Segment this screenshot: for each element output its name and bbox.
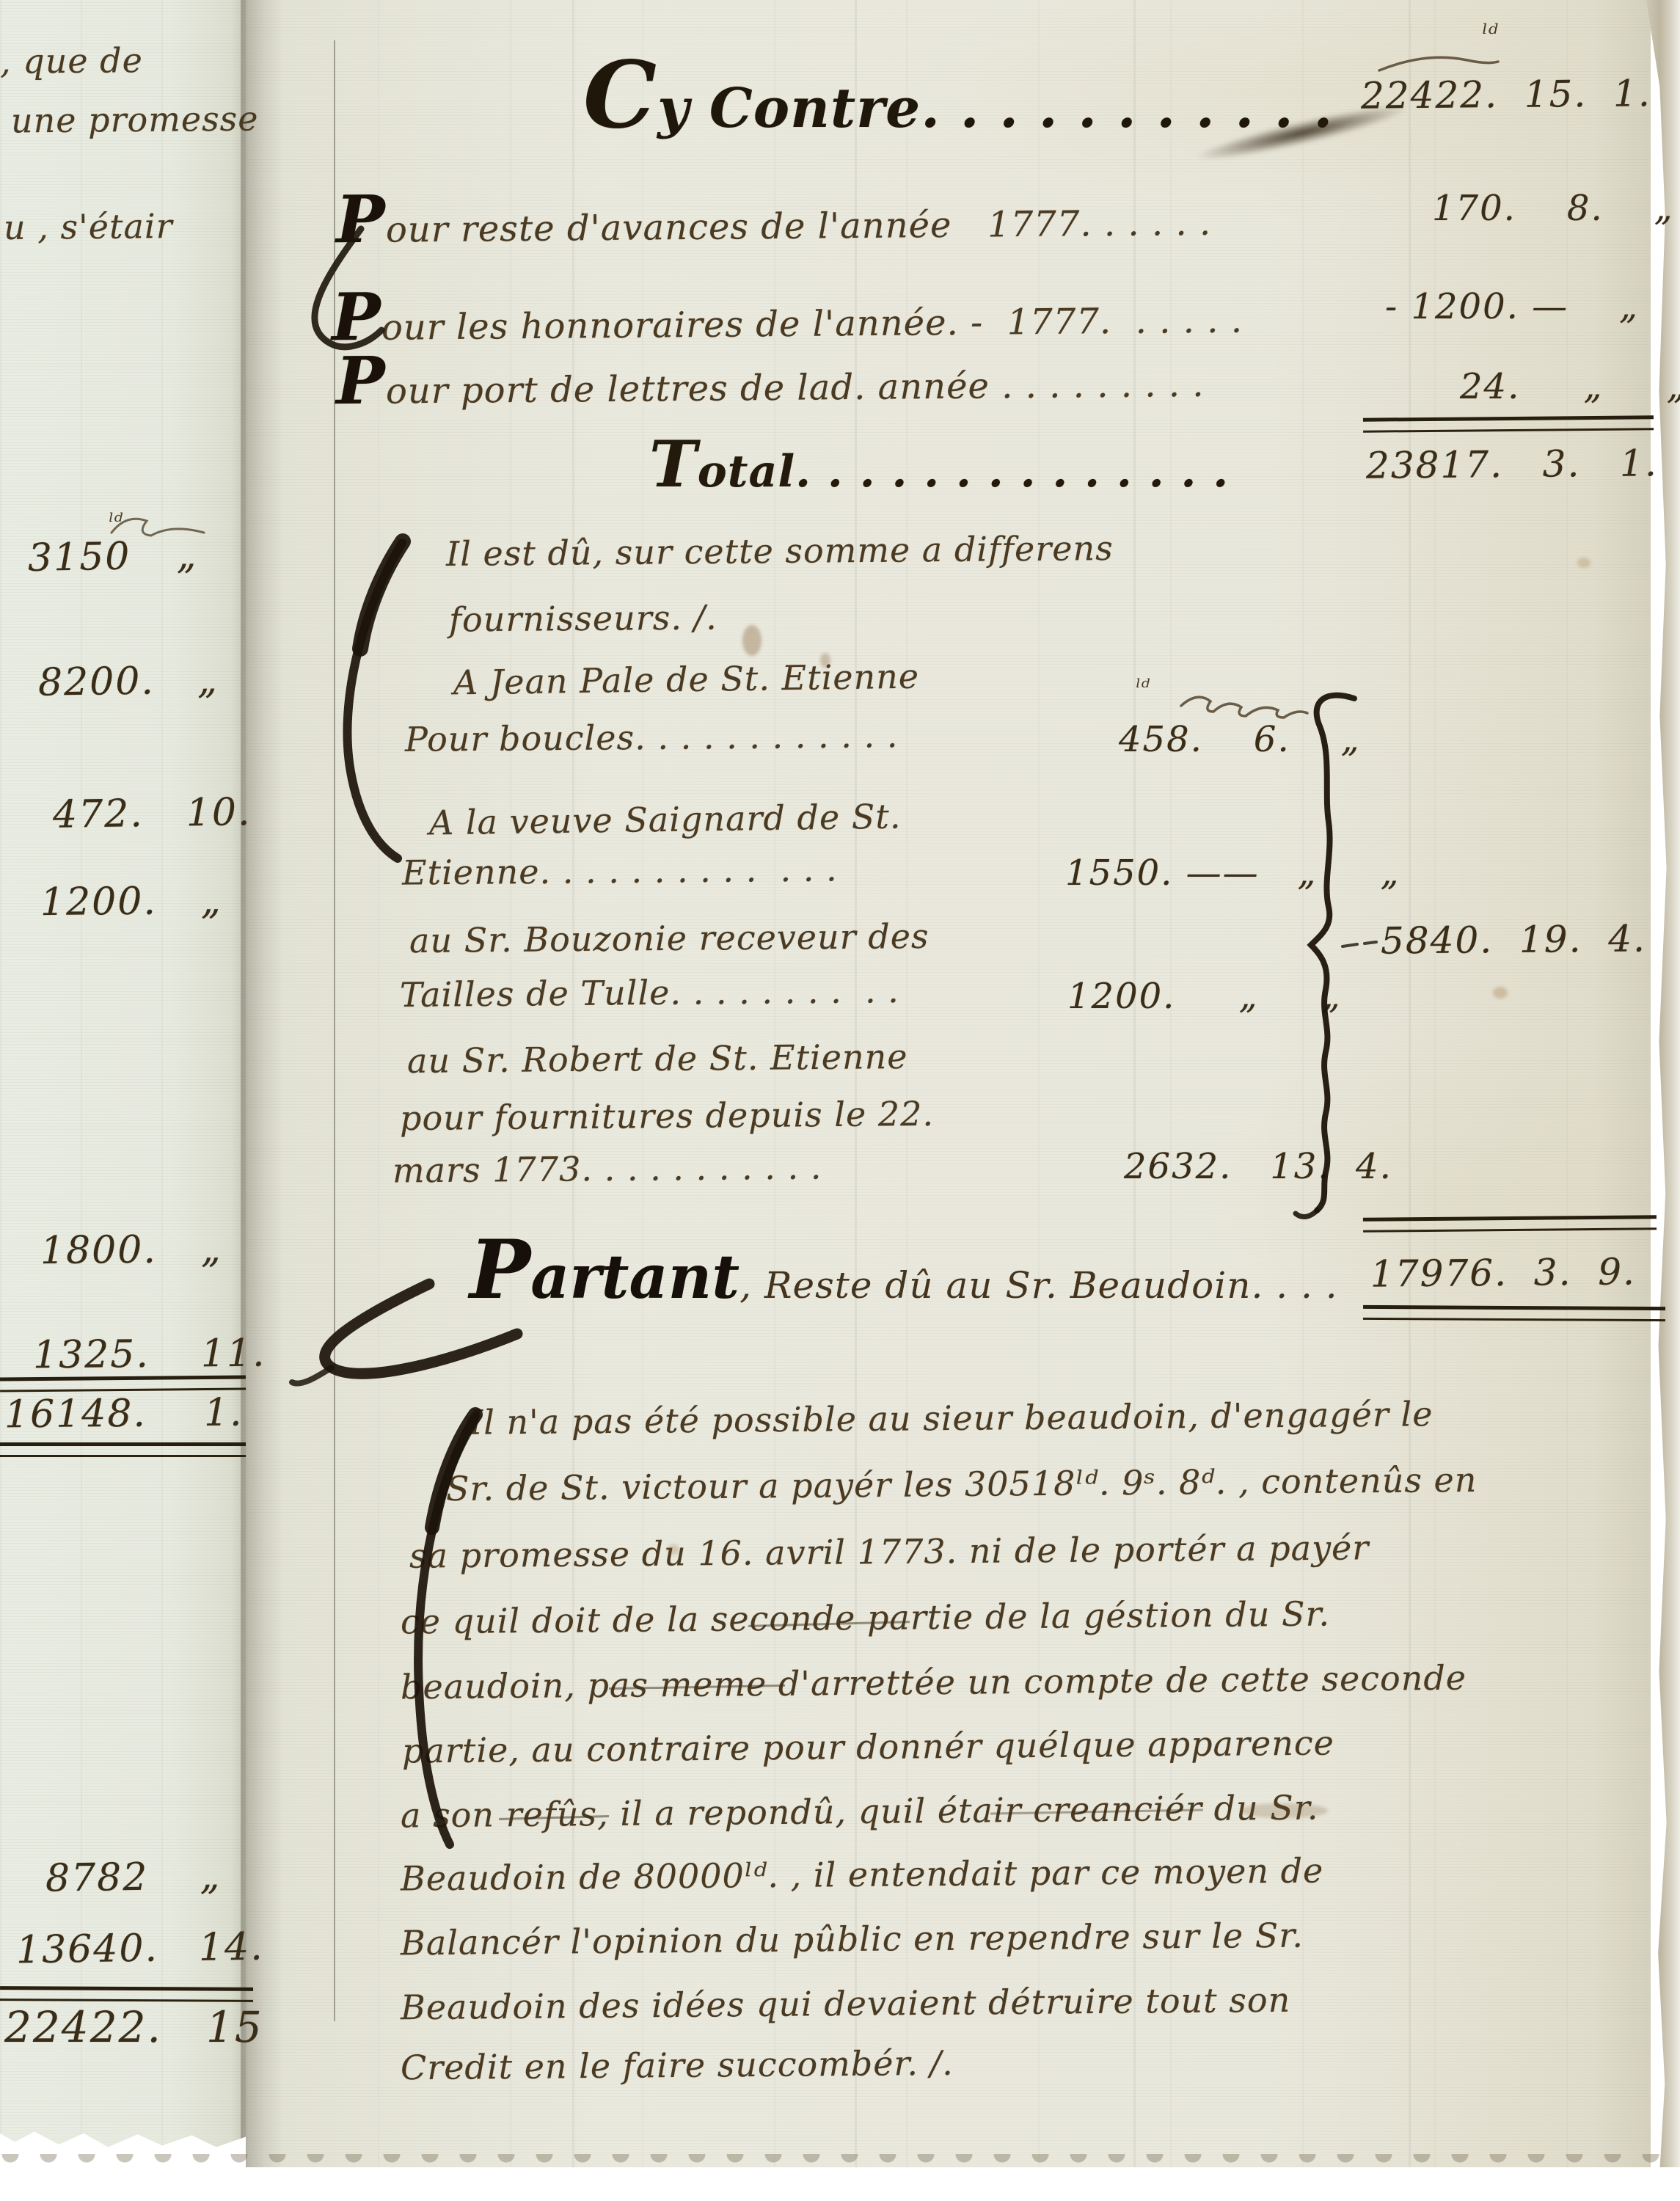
paragraph-line: ce quil doit de la seconde partie de la … — [401, 1598, 1330, 1638]
manuscript-scan: , que de une promesse u , s'étair ˡᵈ 315… — [0, 0, 1680, 2201]
supplier-line: au Sr. Robert de St. Etienne — [407, 1041, 908, 1078]
left-amount-row: 22422.15 — [4, 2007, 263, 2048]
ledger-entry-label: Pour reste d'avances de l'année 1777. . … — [336, 181, 1212, 251]
left-amount-row: 3150„ — [28, 538, 198, 577]
supplier-line: pour fournitures depuis le 22. — [400, 1098, 934, 1135]
left-amount-row: 1800.„ — [40, 1232, 222, 1270]
total-rule — [1363, 415, 1654, 432]
left-amount-row: 16148.1. — [4, 1395, 244, 1434]
fox-spot — [1577, 558, 1590, 568]
supplier-line: A Jean Pale de St. Etienne — [453, 661, 920, 700]
balance-rule — [1363, 1305, 1665, 1321]
scan-background — [0, 2167, 1680, 2201]
due-intro-line: Il est dû, sur cette somme a differens — [446, 533, 1114, 571]
page-gutter-shadow — [241, 0, 283, 2170]
paragraph-line: beaudoin, pas meme d'arrettée un compte … — [401, 1662, 1467, 1704]
supplier-line: A la veuve Saignard de St. — [429, 801, 902, 840]
left-amount-row: 472.10. — [53, 795, 252, 833]
ledger-entry-amount: - 1200. — „ „ — [1385, 291, 1680, 324]
livres-abbreviation-mark: ˡᵈ — [109, 509, 123, 535]
sum-rule — [0, 1376, 246, 1392]
supplier-amount: 2632. 13. 4. — [1124, 1150, 1392, 1184]
supplier-amount: 458. 6. „ — [1119, 723, 1361, 757]
fox-spot — [742, 625, 762, 656]
sum-rule — [0, 1442, 246, 1457]
ledger-entry-label: Pour les honnoraires de l'année. - 1777.… — [332, 279, 1243, 348]
paragraph-line: Beaudoin de 80000ˡᵈ. , il entendait par … — [401, 1855, 1324, 1896]
left-fragment: , que de — [0, 45, 143, 78]
carried-forward-heading: Cy Contre. . . . . . . . . . . — [583, 51, 1333, 139]
paragraph-line: Beaudoin des idées qui devaient détruire… — [401, 1985, 1291, 2024]
supplier-line: au Sr. Bouzonie receveur des — [409, 921, 930, 957]
ledger-entry-label: Pour port de lettres de lad. année . . .… — [336, 343, 1205, 412]
due-intro-line: fournisseurs. /. — [449, 602, 717, 636]
supplier-line: Tailles de Tulle. . . . . . . . . . — [400, 975, 899, 1012]
paragraph-line: Il n'a pas été possible au sieur beaudoi… — [470, 1398, 1434, 1439]
suppliers-total-amount: 5840. 19. 4. — [1381, 921, 1646, 959]
livres-abbreviation-mark: ˡᵈ — [1136, 675, 1150, 701]
ledger-entry-amount: 170. 8. „ — [1432, 192, 1674, 226]
paragraph-line: a son refûs, il a repondû, quil étair cr… — [401, 1792, 1319, 1833]
sum-rule — [0, 1986, 253, 2002]
left-amount-row: 13640.14. — [16, 1930, 264, 1969]
paragraph-line: sa promesse du 16. avril 1773. ni de le … — [409, 1532, 1370, 1572]
left-amount-row: 1200.„ — [40, 883, 222, 921]
balance-amount: 17976. 3. 9. — [1370, 1255, 1636, 1292]
left-amount-row: 8200.„ — [38, 663, 219, 701]
fox-spot — [668, 1544, 679, 1555]
paragraph-line: Credit en le faire succombér. /. — [401, 2048, 954, 2084]
balance-rule — [1363, 1215, 1657, 1232]
fox-spot — [1240, 1803, 1328, 1818]
supplier-amount: 1200. „ „ — [1067, 980, 1342, 1014]
total-amount: 23817. 3. 1. — [1366, 446, 1658, 483]
facing-page — [0, 0, 246, 2166]
supplier-line: mars 1773. . . . . . . . . . . — [392, 1151, 822, 1187]
supplier-amount: 1550. —— „ „ — [1065, 857, 1400, 891]
left-fragment: u , s'étair — [4, 211, 173, 244]
balance-rest: , Reste dû au Sr. Beaudoin. . . . — [739, 1264, 1338, 1307]
livres-abbreviation-mark: ˡᵈ — [1482, 19, 1498, 48]
ledger-entry-amount: 24. „ „ — [1460, 371, 1680, 404]
paragraph-line: Balancér l'opinion du pûblic en rependre… — [401, 1920, 1304, 1960]
supplier-line: Pour boucles. . . . . . . . . . . . — [405, 720, 899, 756]
left-amount-row: 8782„ — [45, 1858, 222, 1897]
left-fragment: une promesse — [11, 103, 259, 138]
balance-line: Partant , Reste dû au Sr. Beaudoin. . . … — [470, 1234, 1338, 1307]
paragraph-line: partie, au contraire pour donnér quélque… — [402, 1727, 1334, 1767]
balance-word: Partant — [470, 1234, 739, 1307]
paragraph-line: Sr. de St. victour a payér les 30518ˡᵈ. … — [446, 1464, 1478, 1505]
total-label: Total. . . . . . . . . . . . . . — [649, 434, 1229, 495]
fox-spot — [820, 653, 830, 668]
fox-spot — [1493, 987, 1508, 999]
supplier-line: Etienne. . . . . . . . . . . . . — [402, 853, 838, 889]
left-amount-row: 1325.11. — [33, 1336, 266, 1374]
